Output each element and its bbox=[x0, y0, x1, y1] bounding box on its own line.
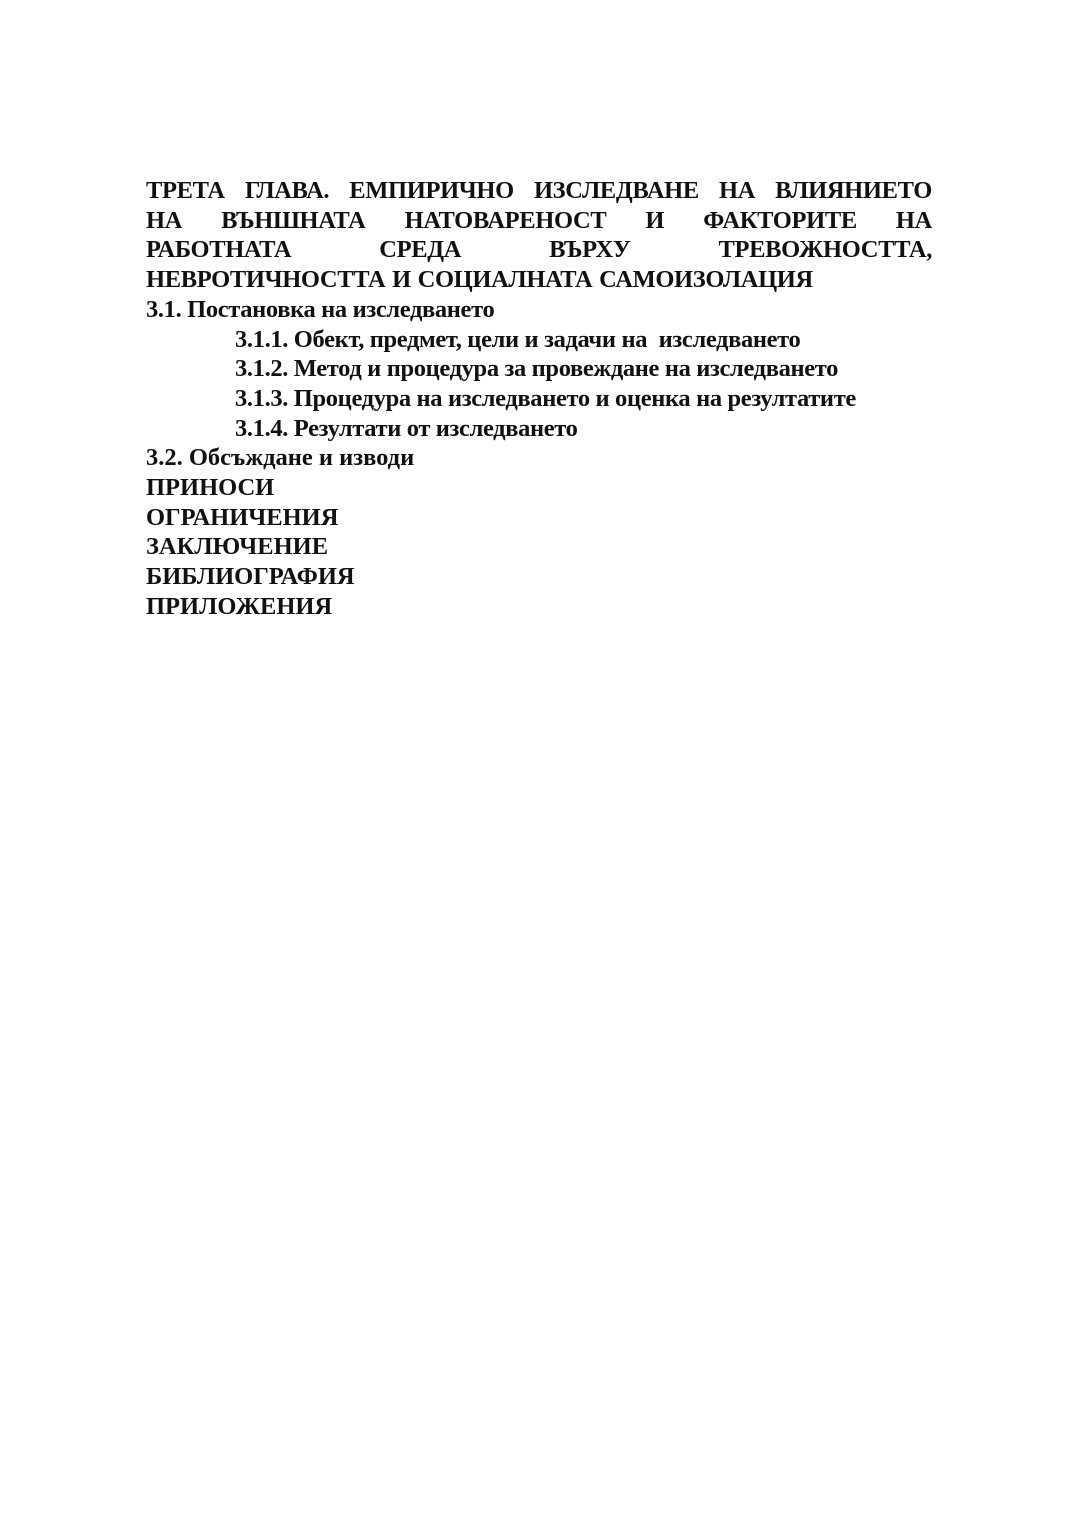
heading-word: НА bbox=[719, 176, 755, 206]
toc-subsection-3-1-3: 3.1.3. Процедура на изследването и оценк… bbox=[146, 384, 932, 414]
heading-word: ЕМПИРИЧНО bbox=[349, 176, 514, 206]
chapter-heading-line: НАВЪНШНАТАНАТОВАРЕНОСТИФАКТОРИТЕНА bbox=[146, 206, 932, 236]
toc-appendices: ПРИЛОЖЕНИЯ bbox=[146, 592, 932, 622]
chapter-heading-line: РАБОТНАТАСРЕДАВЪРХУТРЕВОЖНОСТТА, bbox=[146, 235, 932, 265]
toc-subsection-3-1-1: 3.1.1. Обект, предмет, цели и задачи на … bbox=[146, 325, 932, 355]
table-of-contents: 3.1. Постановка на изследването 3.1.1. О… bbox=[146, 295, 932, 622]
heading-word: НА bbox=[146, 206, 182, 236]
heading-word: СРЕДА bbox=[379, 235, 461, 265]
toc-bibliography: БИБЛИОГРАФИЯ bbox=[146, 562, 932, 592]
toc-conclusion: ЗАКЛЮЧЕНИЕ bbox=[146, 532, 932, 562]
heading-word: РАБОТНАТА bbox=[146, 235, 291, 265]
heading-word: ТРЕТА bbox=[146, 176, 225, 206]
toc-subsection-3-1-2: 3.1.2. Метод и процедура за провеждане н… bbox=[146, 354, 932, 384]
heading-word: НА bbox=[896, 206, 932, 236]
heading-word: ВЛИЯНИЕТО bbox=[775, 176, 932, 206]
heading-word: ФАКТОРИТЕ bbox=[703, 206, 857, 236]
toc-limitations: ОГРАНИЧЕНИЯ bbox=[146, 503, 932, 533]
toc-section-3-2: 3.2. Обсъждане и изводи bbox=[146, 443, 932, 473]
heading-word: ГЛАВА. bbox=[245, 176, 329, 206]
heading-word: ТРЕВОЖНОСТТА, bbox=[719, 235, 933, 265]
chapter-heading: ТРЕТАГЛАВА.ЕМПИРИЧНОИЗСЛЕДВАНЕНАВЛИЯНИЕТ… bbox=[146, 176, 932, 295]
heading-word: ВЪРХУ bbox=[549, 235, 630, 265]
chapter-heading-line: НЕВРОТИЧНОСТТА И СОЦИАЛНАТА САМОИЗОЛАЦИЯ bbox=[146, 265, 932, 295]
heading-word: ВЪНШНАТА bbox=[221, 206, 365, 236]
chapter-heading-line: ТРЕТАГЛАВА.ЕМПИРИЧНОИЗСЛЕДВАНЕНАВЛИЯНИЕТ… bbox=[146, 176, 932, 206]
heading-word: ИЗСЛЕДВАНЕ bbox=[534, 176, 699, 206]
heading-word: НАТОВАРЕНОСТ bbox=[405, 206, 607, 236]
toc-subsection-3-1-4: 3.1.4. Резултати от изследването bbox=[146, 414, 932, 444]
heading-word: И bbox=[645, 206, 664, 236]
toc-section-3-1: 3.1. Постановка на изследването bbox=[146, 295, 932, 325]
toc-contributions: ПРИНОСИ bbox=[146, 473, 932, 503]
document-page: ТРЕТАГЛАВА.ЕМПИРИЧНОИЗСЛЕДВАНЕНАВЛИЯНИЕТ… bbox=[146, 176, 932, 622]
